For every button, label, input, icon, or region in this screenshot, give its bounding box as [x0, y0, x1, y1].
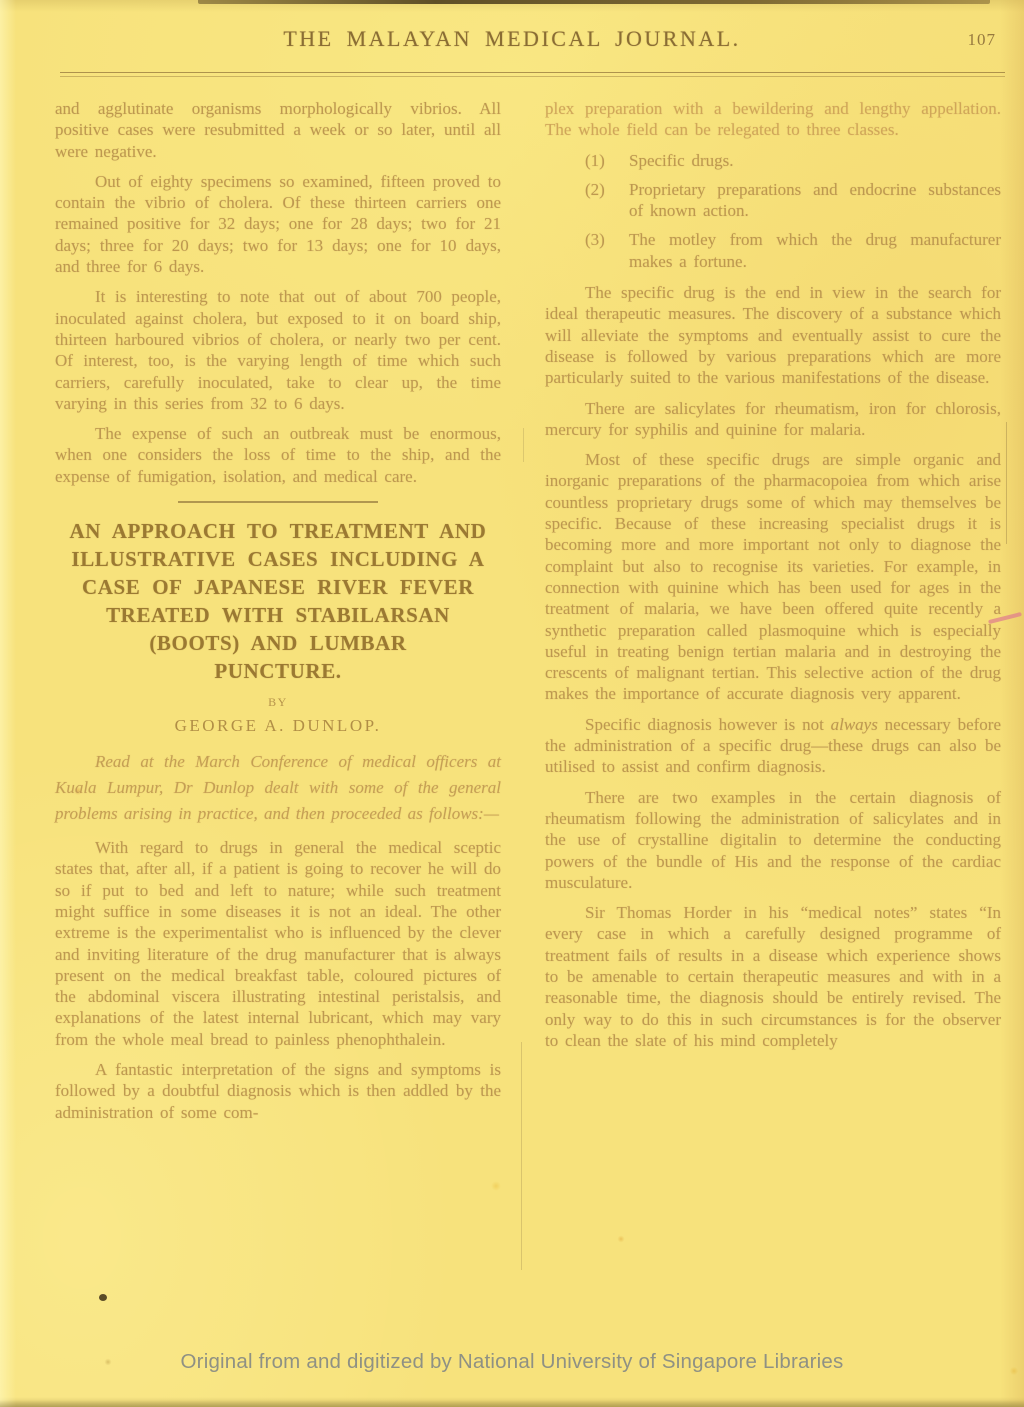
article-title-line: CASE OF JAPANESE RIVER FEVER [55, 573, 501, 601]
article-title-line: (BOOTS) AND LUMBAR [55, 629, 501, 657]
right-column: plex preparation with a bewildering and … [545, 98, 1001, 1060]
paragraph: and agglutinate organisms morphologicall… [55, 98, 501, 162]
paragraph-text: Specific diagnosis however is not [585, 715, 831, 734]
article-title-line: PUNCTURE. [55, 657, 501, 685]
paragraph: There are two examples in the certain di… [545, 787, 1001, 893]
column-gutter-line-artifact [521, 1042, 522, 1270]
column-gutter-tick-artifact [523, 428, 524, 462]
scanned-journal-page: THE MALAYAN MEDICAL JOURNAL. 107 and agg… [0, 0, 1024, 1407]
paragraph: The expense of such an outbreak must be … [55, 423, 501, 487]
paragraph: The specific drug is the end in view in … [545, 282, 1001, 388]
author-name: GEORGE A. DUNLOP. [55, 716, 501, 736]
digitization-credit: Original from and digitized by National … [0, 1350, 1024, 1374]
list-item-text: The motley from which the drug manufactu… [629, 229, 1001, 272]
list-item: (3) The motley from which the drug manuf… [585, 229, 1001, 272]
paragraph: plex preparation with a bewildering and … [545, 98, 1001, 141]
header-rule [60, 72, 1005, 77]
article-title-line: AN APPROACH TO TREATMENT AND [55, 517, 501, 545]
paragraph: Most of these specific drugs are simple … [545, 449, 1001, 705]
list-item-number: (1) [585, 150, 629, 171]
emphasized-word: always [831, 715, 878, 734]
list-item-text: Specific drugs. [629, 150, 1001, 171]
article-title-line: ILLUSTRATIVE CASES INCLUDING A [55, 545, 501, 573]
paragraph: There are salicylates for rheumatism, ir… [545, 398, 1001, 441]
list-item-text: Proprietary preparations and endocrine s… [629, 179, 1001, 222]
paragraph: Out of eighty specimens so examined, fif… [55, 171, 501, 277]
list-item-number: (2) [585, 179, 629, 222]
right-margin-line-artifact [1006, 422, 1007, 544]
editorial-note: Read at the March Conference of medical … [55, 749, 501, 827]
article-title: AN APPROACH TO TREATMENT AND ILLUSTRATIV… [55, 517, 501, 685]
list-item: (1) Specific drugs. [585, 150, 1001, 171]
paragraph: It is interesting to note that out of ab… [55, 286, 501, 414]
article-separator-rule [178, 501, 378, 503]
page-number: 107 [968, 30, 997, 50]
ink-dot-artifact [99, 1294, 107, 1301]
journal-title: THE MALAYAN MEDICAL JOURNAL. [283, 26, 740, 51]
paragraph: A fantastic interpretation of the signs … [55, 1059, 501, 1123]
byline-label: BY [55, 695, 501, 710]
scan-bottom-edge-artifact [0, 1400, 1024, 1407]
scan-top-edge-artifact [198, 0, 990, 4]
classes-list: (1) Specific drugs. (2) Proprietary prep… [545, 150, 1001, 272]
left-column: and agglutinate organisms morphologicall… [55, 98, 501, 1132]
list-item-number: (3) [585, 229, 629, 272]
paragraph: Sir Thomas Horder in his “medical notes”… [545, 902, 1001, 1051]
paragraph: Specific diagnosis however is not always… [545, 714, 1001, 778]
paragraph: With regard to drugs in general the medi… [55, 837, 501, 1050]
article-title-line: TREATED WITH STABILARSAN [55, 601, 501, 629]
page-header: THE MALAYAN MEDICAL JOURNAL. [0, 26, 1024, 52]
list-item: (2) Proprietary preparations and endocri… [585, 179, 1001, 222]
